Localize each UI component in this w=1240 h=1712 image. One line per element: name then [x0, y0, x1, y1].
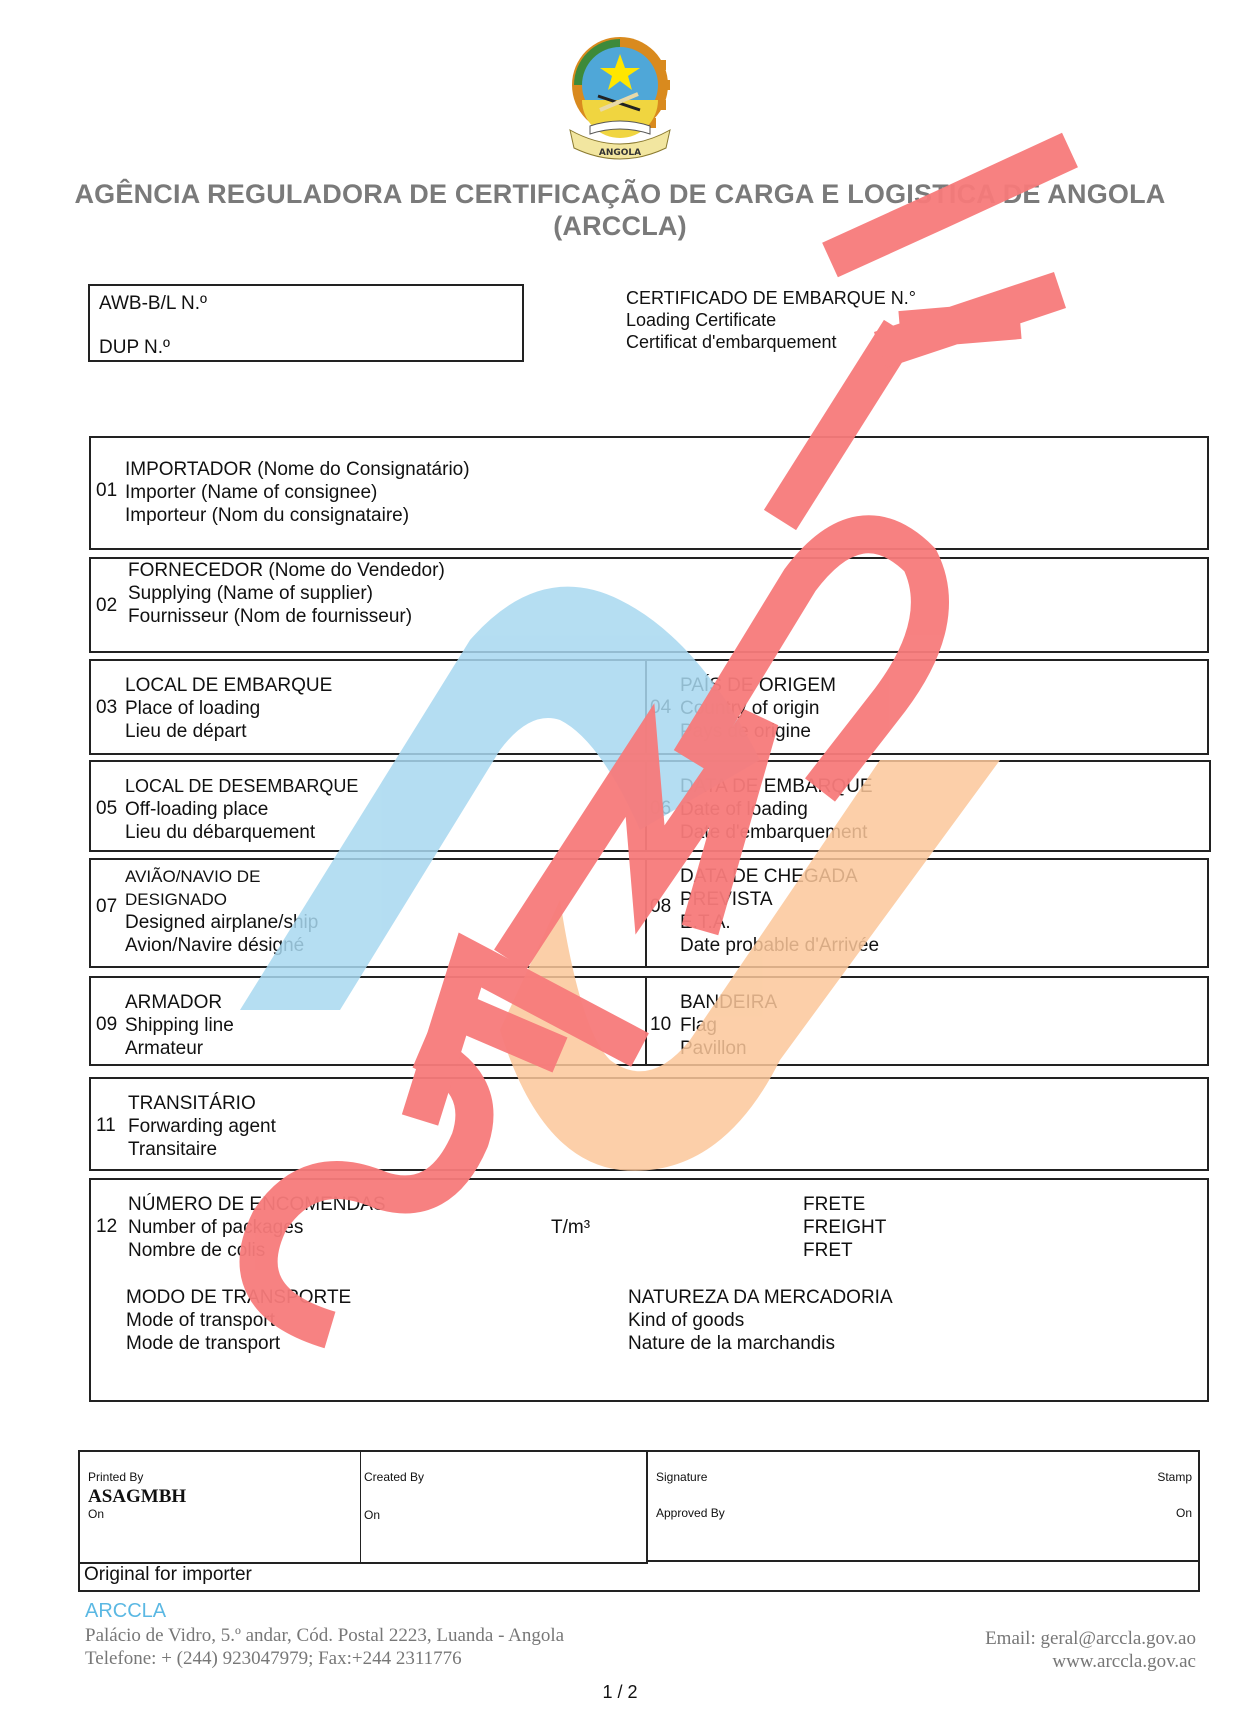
field-12-shipment-details: 12 NÚMERO DE ENCOMENDASNumber of package… — [89, 1178, 1209, 1402]
footer-org-name: ARCCLA — [85, 1600, 166, 1623]
signature-block: Printed By ASAGMBH On Created By On Sign… — [78, 1450, 1200, 1592]
coat-of-arms-emblem: ANGOLA — [560, 30, 680, 170]
footer-email[interactable]: Email: geral@arccla.gov.ao — [985, 1627, 1196, 1650]
field-number: 07 — [96, 896, 117, 918]
row-07-08: 07 AVIÃO/NAVIO DEDESIGNADODesigned airpl… — [89, 858, 1209, 968]
field-number: 11 — [96, 1115, 116, 1137]
signature-label[interactable]: Signature — [656, 1470, 707, 1484]
field-number: 01 — [96, 480, 117, 502]
page-number: 1 / 2 — [0, 1682, 1240, 1703]
field-number: 08 — [650, 896, 671, 918]
field-label: PAÍS DE ORIGEMCountry of originPays de o… — [680, 674, 836, 743]
field-08-eta[interactable]: 08 DATA DE CHEGADAPREVISTAE.T.A.Date pro… — [647, 860, 1207, 966]
field-label: BANDEIRAFlagPavillon — [680, 991, 777, 1060]
reference-box: AWB-B/L N.º DUP N.º — [88, 284, 524, 362]
awb-label: AWB-B/L N.º — [99, 292, 207, 315]
copy-note: Original for importer — [84, 1564, 252, 1586]
left-signature-cells: Printed By ASAGMBH On Created By On — [80, 1452, 648, 1564]
certificate-line-en: Loading Certificate — [626, 309, 916, 331]
field-number: 04 — [650, 697, 671, 719]
certificate-line-pt: CERTIFICADO DE EMBARQUE N.° — [626, 287, 916, 309]
unit-label: T/m³ — [551, 1216, 590, 1239]
field-number: 06 — [650, 798, 671, 820]
field-number: 12 — [96, 1216, 117, 1238]
footer-website[interactable]: www.arccla.gov.ac — [985, 1650, 1196, 1673]
footer-phone: Telefone: + (244) 923047979; Fax:+244 23… — [85, 1647, 564, 1670]
field-02-supplier[interactable]: 02 FORNECEDOR (Nome do Vendedor)Supplyin… — [89, 557, 1209, 653]
field-label: DATA DE EMBARQUEDate of loadingDate d'em… — [680, 775, 873, 844]
row-03-04: 03 LOCAL DE EMBARQUEPlace of loadingLieu… — [89, 659, 1209, 755]
field-05-off-loading-place[interactable]: 05 LOCAL DE DESEMBARQUEOff-loading place… — [91, 762, 645, 850]
svg-text:ANGOLA: ANGOLA — [599, 148, 641, 158]
freight-field[interactable]: FRETEFREIGHTFRET — [803, 1193, 886, 1262]
field-number: 02 — [96, 595, 117, 617]
transport-mode-field[interactable]: MODO DE TRANSPORTEMode of transportMode … — [126, 1286, 351, 1355]
field-label: IMPORTADOR (Nome do Consignatário)Import… — [125, 458, 470, 527]
created-by-label[interactable]: Created By — [364, 1470, 424, 1484]
stamp-label[interactable]: Stamp — [1157, 1470, 1192, 1484]
agency-title: AGÊNCIA REGULADORA DE CERTIFICAÇÃO DE CA… — [0, 178, 1240, 242]
title-line-1: AGÊNCIA REGULADORA DE CERTIFICAÇÃO DE CA… — [0, 178, 1240, 210]
approved-by-label[interactable]: Approved By — [656, 1506, 725, 1520]
field-01-importer[interactable]: 01 IMPORTADOR (Nome do Consignatário)Imp… — [89, 436, 1209, 550]
field-04-country-of-origin[interactable]: 04 PAÍS DE ORIGEMCountry of originPays d… — [647, 661, 1207, 753]
field-07-designated-ship[interactable]: 07 AVIÃO/NAVIO DEDESIGNADODesigned airpl… — [91, 860, 645, 966]
certificate-heading: CERTIFICADO DE EMBARQUE N.° Loading Cert… — [626, 287, 916, 353]
footer-address: Palácio de Vidro, 5.º andar, Cód. Postal… — [85, 1624, 564, 1647]
right-signature-cells: Signature Stamp Approved By On — [648, 1452, 1198, 1562]
field-number: 03 — [96, 697, 117, 719]
field-label: FORNECEDOR (Nome do Vendedor)Supplying (… — [128, 559, 445, 628]
kind-of-goods-field[interactable]: NATUREZA DA MERCADORIAKind of goodsNatur… — [628, 1286, 893, 1355]
field-number: 05 — [96, 798, 117, 820]
field-10-flag[interactable]: 10 BANDEIRAFlagPavillon — [647, 978, 1207, 1064]
row-05-06: 05 LOCAL DE DESEMBARQUEOff-loading place… — [89, 760, 1211, 852]
field-03-place-of-loading[interactable]: 03 LOCAL DE EMBARQUEPlace of loadingLieu… — [91, 661, 645, 753]
field-label: DATA DE CHEGADAPREVISTAE.T.A.Date probab… — [680, 865, 879, 957]
field-label: ARMADORShipping lineArmateur — [125, 991, 234, 1060]
cell-divider — [360, 1452, 361, 1562]
footer-contact-block: Email: geral@arccla.gov.ao www.arccla.go… — [985, 1627, 1196, 1673]
title-line-2: (ARCCLA) — [0, 210, 1240, 242]
packages-field[interactable]: NÚMERO DE ENCOMENDASNumber of packagesNo… — [128, 1193, 386, 1262]
printed-on-label: On — [88, 1507, 104, 1521]
approved-on-label[interactable]: On — [1176, 1506, 1192, 1520]
angola-coat-of-arms-icon: ANGOLA — [560, 30, 680, 170]
printed-by-value: ASAGMBH — [88, 1486, 186, 1508]
created-on-label[interactable]: On — [364, 1508, 380, 1522]
field-09-shipping-line[interactable]: 09 ARMADORShipping lineArmateur — [91, 978, 645, 1064]
certificate-line-fr: Certificat d'embarquement — [626, 331, 916, 353]
row-09-10: 09 ARMADORShipping lineArmateur 10 BANDE… — [89, 976, 1209, 1066]
field-label: AVIÃO/NAVIO DEDESIGNADODesigned airplane… — [125, 865, 318, 957]
dup-label: DUP N.º — [99, 336, 170, 359]
field-label: LOCAL DE EMBARQUEPlace of loadingLieu de… — [125, 674, 332, 743]
field-06-date-of-loading[interactable]: 06 DATA DE EMBARQUEDate of loadingDate d… — [647, 762, 1209, 850]
field-label: TRANSITÁRIOForwarding agentTransitaire — [128, 1092, 276, 1161]
field-label: LOCAL DE DESEMBARQUEOff-loading placeLie… — [125, 775, 358, 844]
field-number: 09 — [96, 1014, 117, 1036]
field-number: 10 — [650, 1014, 671, 1036]
printed-by-label: Printed By — [88, 1470, 143, 1484]
field-11-forwarding-agent[interactable]: 11 TRANSITÁRIOForwarding agentTransitair… — [89, 1077, 1209, 1171]
footer-address-block: Palácio de Vidro, 5.º andar, Cód. Postal… — [85, 1624, 564, 1670]
